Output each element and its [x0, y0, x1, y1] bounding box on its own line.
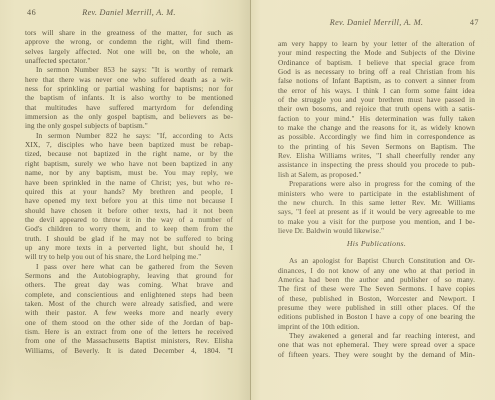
text-line: approve the wrong, or condemn the right,…	[25, 37, 233, 46]
text-line: Sermons and the Autobiography, leaving t…	[25, 271, 233, 280]
text-line: one of them stood on the other side of t…	[25, 318, 233, 327]
text-line: imprint of the 10th edition.	[278, 322, 475, 331]
text-line: of these, published in Boston, Worcester…	[278, 294, 475, 303]
text-line: that multitudes have suffered martyrdom …	[25, 103, 233, 112]
text-line: your mind respecting the Mode and Subjec…	[278, 48, 475, 57]
text-line: quired this at your hands? My brethren a…	[25, 187, 233, 196]
text-line: the devil appeared to throw it in the wa…	[25, 215, 233, 224]
text-line: As an apologist for Baptist Church Const…	[278, 256, 475, 265]
text-line: tors will share in the greatness of the …	[25, 28, 233, 37]
text-line: In sermon Number 853 he says: "It is wor…	[25, 65, 233, 74]
text-line: their own bosoms, and rejoice that truth…	[278, 104, 475, 113]
text-line: as possible. Accordingly we find him in …	[278, 132, 475, 141]
running-header: 46 Rev. Daniel Merrill, A. M.	[25, 7, 233, 18]
text-line: They awakened a general and far reaching…	[278, 331, 475, 340]
text-line: God's children to worry them, and to kee…	[25, 224, 233, 233]
text-line: right baptism, surely we who have not be…	[25, 159, 233, 168]
text-line: faction to your mind." His determination…	[278, 114, 475, 123]
page-number: 47	[470, 17, 479, 28]
text-line: up any more texts in a perverted light, …	[25, 243, 233, 252]
text-line: the new church. In this same letter Rev.…	[278, 198, 475, 207]
text-line: to the printing of his Seven Sermons on …	[278, 142, 475, 151]
text-line: editions published in Boston I have a co…	[278, 312, 475, 321]
text-line: truth. I should be glad if he may not be…	[25, 234, 233, 243]
text-line: ing the only gospel subjects of baptism.…	[25, 121, 233, 130]
text-line: false notions of Infant Baptism, as to c…	[278, 76, 475, 85]
text-line: will try to help you out of his snare, t…	[25, 252, 233, 261]
text-line: assistance in inspecting the press shoul…	[278, 160, 475, 169]
text-line: others. The great day was coming. What b…	[25, 280, 233, 289]
running-header-title: Rev. Daniel Merrill, A. M.	[82, 8, 175, 17]
text-line: selves largely affected. Not one will be…	[25, 47, 233, 56]
text-line: In sermon Number 822 he says: "If, accor…	[25, 131, 233, 140]
running-header-title: Rev. Daniel Merrill, A. M.	[330, 18, 423, 27]
text-line: America had been the author and publishe…	[278, 275, 475, 284]
text-line: Ordinance of baptism. I believe that spe…	[278, 58, 475, 67]
text-block: As an apologist for Baptist Church Const…	[278, 256, 475, 359]
text-line: I pass over here what can be gathered fr…	[25, 262, 233, 271]
section-heading: His Publications.	[278, 239, 475, 249]
text-line: the error of his ways. I think I can for…	[278, 86, 475, 95]
text-line: taken. Most of the church were already s…	[25, 299, 233, 308]
page-number: 46	[27, 7, 36, 18]
text-line: one that was not ephemeral. They were sp…	[278, 340, 475, 349]
text-line: immersion as the only gospel baptism, an…	[25, 112, 233, 121]
text-line: am very happy to learn by your letter of…	[278, 39, 475, 48]
text-line: tized, because not baptized in the right…	[25, 149, 233, 158]
text-line: Williams, of Beverly. It is dated Decemb…	[25, 346, 233, 355]
page-body: am very happy to learn by your letter of…	[278, 39, 475, 359]
text-line: lish at Salem, as proposed."	[278, 170, 475, 179]
book-spread: 46 Rev. Daniel Merrill, A. M. tors will …	[0, 0, 495, 400]
text-line: here that there was never one who suffer…	[25, 75, 233, 84]
text-line: presume they were published in still oth…	[278, 303, 475, 312]
text-line: of the struggle you and your brethren mu…	[278, 95, 475, 104]
page-body: tors will share in the greatness of the …	[25, 28, 233, 355]
text-line: Preparations were also in progress for t…	[278, 179, 475, 188]
text-line: complete, and conscientious and enlighte…	[25, 290, 233, 299]
text-line: should have chosen it before other texts…	[25, 206, 233, 215]
text-line: God is as necessary to bring off a real …	[278, 67, 475, 76]
text-line: from one of the Massachusetts Baptist mi…	[25, 336, 233, 345]
running-header: Rev. Daniel Merrill, A. M. 47	[278, 17, 475, 28]
text-block: am very happy to learn by your letter of…	[278, 39, 475, 235]
text-line: ministers who were to participate in the…	[278, 189, 475, 198]
text-line: unaffected spectator."	[25, 56, 233, 65]
text-line: XIX, 7, disciples who have been baptized…	[25, 140, 233, 149]
book-page-right: Rev. Daniel Merrill, A. M. 47 am very ha…	[250, 0, 495, 400]
text-line: dinances, I do not know of any one who a…	[278, 266, 475, 275]
text-line: Rev. Elisha Williams writes, "I shall ch…	[278, 151, 475, 160]
text-line: The first of these were The Seven Sermon…	[278, 284, 475, 293]
text-line: the baptism of infants. It is also worth…	[25, 93, 233, 102]
text-line: says, "I feel at present as if it would …	[278, 207, 475, 216]
text-line: have been sprinkled in the name of Chris…	[25, 178, 233, 187]
text-line: have opened my text before you at this t…	[25, 196, 233, 205]
text-line: of fifteen years. They were sought by th…	[278, 350, 475, 359]
text-line: to make the change and the reasons for i…	[278, 123, 475, 132]
text-line: ness for sprinkling or partial washing f…	[25, 84, 233, 93]
text-line: to make you a visit for the purpose you …	[278, 217, 475, 226]
text-line: lieve Dr. Baldwin would likewise."	[278, 226, 475, 235]
book-page-left: 46 Rev. Daniel Merrill, A. M. tors will …	[0, 0, 250, 400]
text-line: name, nor by any baptism, must be. You m…	[25, 168, 233, 177]
text-line: with their pastor. A few weeks more and …	[25, 308, 233, 317]
text-line: tism. Here is an extract from one of the…	[25, 327, 233, 336]
